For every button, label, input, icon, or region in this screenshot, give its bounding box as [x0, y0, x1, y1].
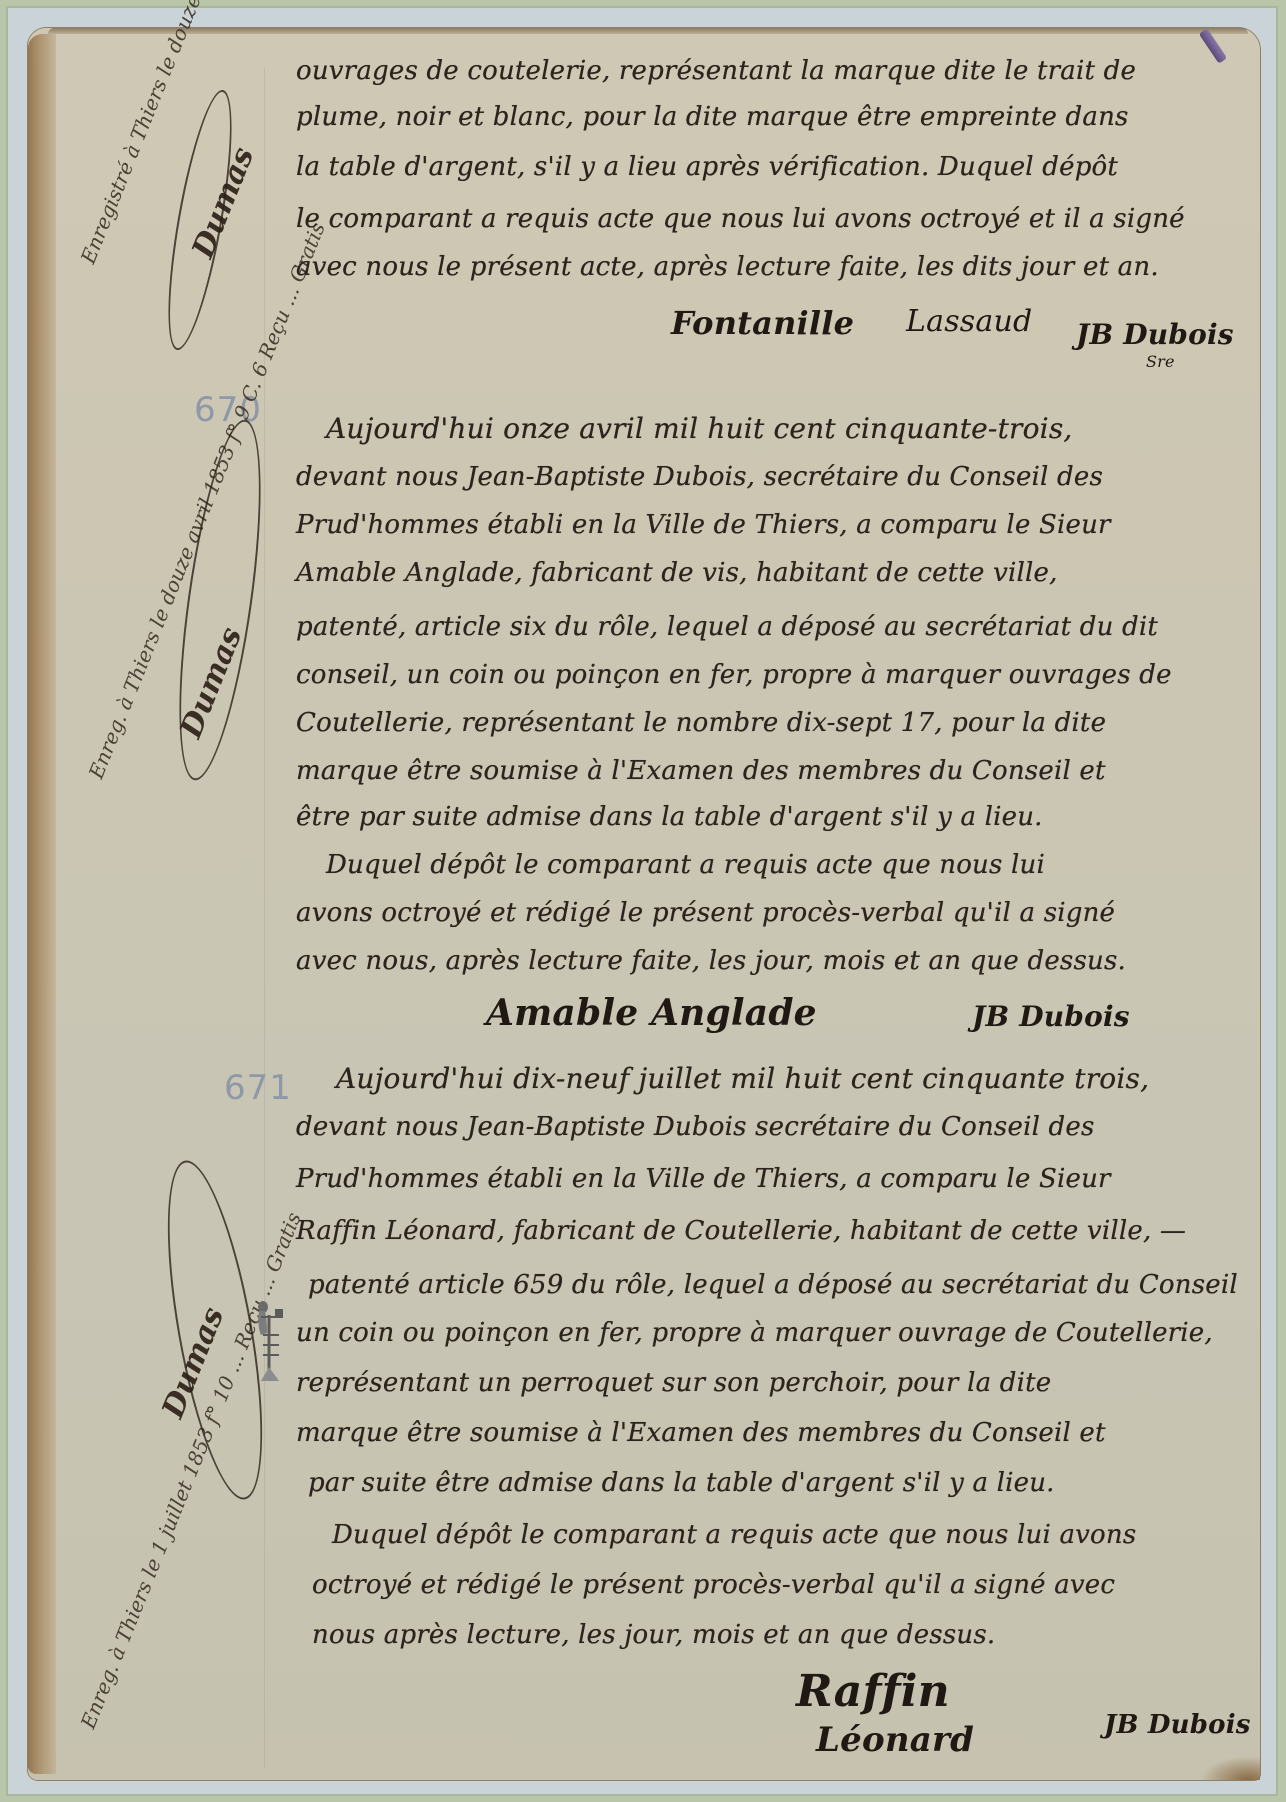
- text-line: ouvrages de coutelerie, représentant la …: [296, 56, 1136, 86]
- signature-fontanille: Fontanille: [671, 304, 854, 342]
- text-line: Amable Anglade, fabricant de vis, habita…: [296, 558, 1058, 588]
- text-line: la table d'argent, s'il y a lieu après v…: [296, 152, 1118, 182]
- text-line: Coutellerie, représentant le nombre dix-…: [296, 708, 1106, 738]
- text-line: Raffin Léonard, fabricant de Coutellerie…: [296, 1216, 1186, 1246]
- text-line: Prud'hommes établi en la Ville de Thiers…: [296, 510, 1111, 540]
- page-left-edge: [28, 34, 56, 1774]
- signature-dubois: JB Dubois: [1076, 318, 1234, 351]
- flourish-670: [163, 415, 277, 784]
- text-line: patenté, article six du rôle, lequel a d…: [296, 612, 1158, 642]
- text-line: patenté article 659 du rôle, lequel a dé…: [308, 1270, 1238, 1300]
- text-line: Aujourd'hui dix-neuf juillet mil huit ce…: [336, 1062, 1149, 1095]
- signature-dubois: JB Dubois: [1104, 1710, 1251, 1740]
- text-line: un coin ou poinçon en fer, propre à marq…: [296, 1318, 1213, 1348]
- signature-leonard: Léonard: [816, 1720, 974, 1760]
- text-line: avons octroyé et rédigé le présent procè…: [296, 898, 1115, 928]
- signature-dubois: JB Dubois: [972, 1000, 1130, 1033]
- parrot-on-perch-icon: [253, 1293, 287, 1383]
- text-line: plume, noir et blanc, pour la dite marqu…: [296, 102, 1129, 132]
- text-line: avec nous, après lecture faite, les jour…: [296, 946, 1126, 976]
- text-line: le comparant a requis acte que nous lui …: [296, 204, 1185, 234]
- text-line: Duquel dépôt le comparant a requis acte …: [332, 1520, 1136, 1550]
- text-line: marque être soumise à l'Examen des membr…: [296, 756, 1106, 786]
- text-line: par suite être admise dans la table d'ar…: [308, 1468, 1055, 1498]
- text-line: marque être soumise à l'Examen des membr…: [296, 1418, 1106, 1448]
- text-line: devant nous Jean-Baptiste Dubois, secrét…: [296, 462, 1103, 492]
- text-line: Duquel dépôt le comparant a requis acte …: [326, 850, 1045, 880]
- signature-raffin: Raffin: [796, 1666, 950, 1717]
- text-line: être par suite admise dans la table d'ar…: [296, 802, 1043, 832]
- text-line: avec nous le présent acte, après lecture…: [296, 252, 1159, 282]
- photo-frame: Enregistré à Thiers le douze avril 1853 …: [6, 6, 1278, 1796]
- folio-671: 671: [224, 1068, 292, 1108]
- text-line: conseil, un coin ou poinçon en fer, prop…: [296, 660, 1172, 690]
- signature-amable-anglade: Amable Anglade: [486, 992, 817, 1034]
- text-line: octroyé et rédigé le présent procès-verb…: [312, 1570, 1115, 1600]
- page-top-edge: [48, 28, 1248, 34]
- text-line: Aujourd'hui onze avril mil huit cent cin…: [326, 412, 1073, 445]
- corner-wear: [1200, 1756, 1260, 1780]
- signature-lassaud: Lassaud: [906, 304, 1032, 339]
- signature-suffix: Sre: [1146, 352, 1175, 371]
- text-line: représentant un perroquet sur son percho…: [296, 1368, 1051, 1398]
- text-line: devant nous Jean-Baptiste Dubois secréta…: [296, 1112, 1095, 1142]
- manuscript-page: Enregistré à Thiers le douze avril 1853 …: [28, 28, 1260, 1780]
- text-line: nous après lecture, les jour, mois et an…: [312, 1620, 995, 1650]
- text-line: Prud'hommes établi en la Ville de Thiers…: [296, 1164, 1111, 1194]
